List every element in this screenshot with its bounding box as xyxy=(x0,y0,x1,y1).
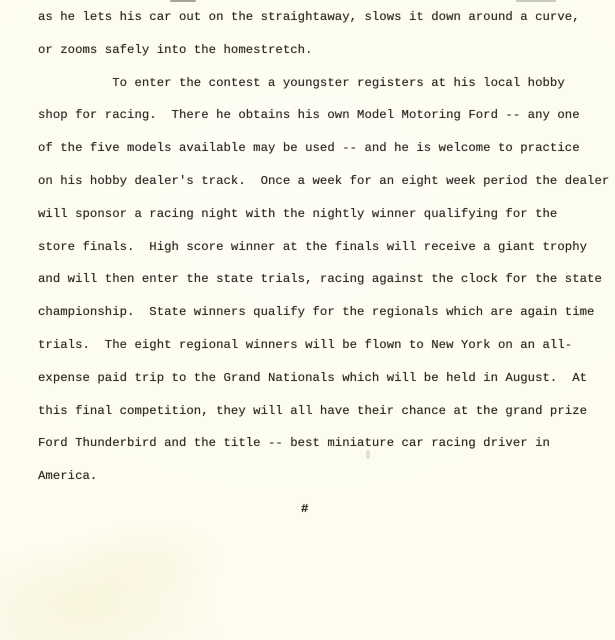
text-line: Ford Thunderbird and the title -- best m… xyxy=(38,427,611,460)
typewritten-text-block: as he lets his car out on the straightaw… xyxy=(0,1,615,526)
text-line: and will then enter the state trials, ra… xyxy=(38,263,611,296)
end-of-story-mark: # xyxy=(38,493,611,526)
text-line: as he lets his car out on the straightaw… xyxy=(38,1,611,34)
text-line: America. xyxy=(38,460,611,493)
document-page: as he lets his car out on the straightaw… xyxy=(0,0,615,640)
text-line-paragraph-start: To enter the contest a youngster registe… xyxy=(38,67,611,100)
text-line: this final competition, they will all ha… xyxy=(38,395,611,428)
text-line: store finals. High score winner at the f… xyxy=(38,231,611,264)
text-line: championship. State winners qualify for … xyxy=(38,296,611,329)
text-line: on his hobby dealer's track. Once a week… xyxy=(38,165,611,198)
text-line: will sponsor a racing night with the nig… xyxy=(38,198,611,231)
text-line: expense paid trip to the Grand Nationals… xyxy=(38,362,611,395)
text-line: shop for racing. There he obtains his ow… xyxy=(38,99,611,132)
text-line: of the five models available may be used… xyxy=(38,132,611,165)
text-line: or zooms safely into the homestretch. xyxy=(38,34,611,67)
text-line: trials. The eight regional winners will … xyxy=(38,329,611,362)
